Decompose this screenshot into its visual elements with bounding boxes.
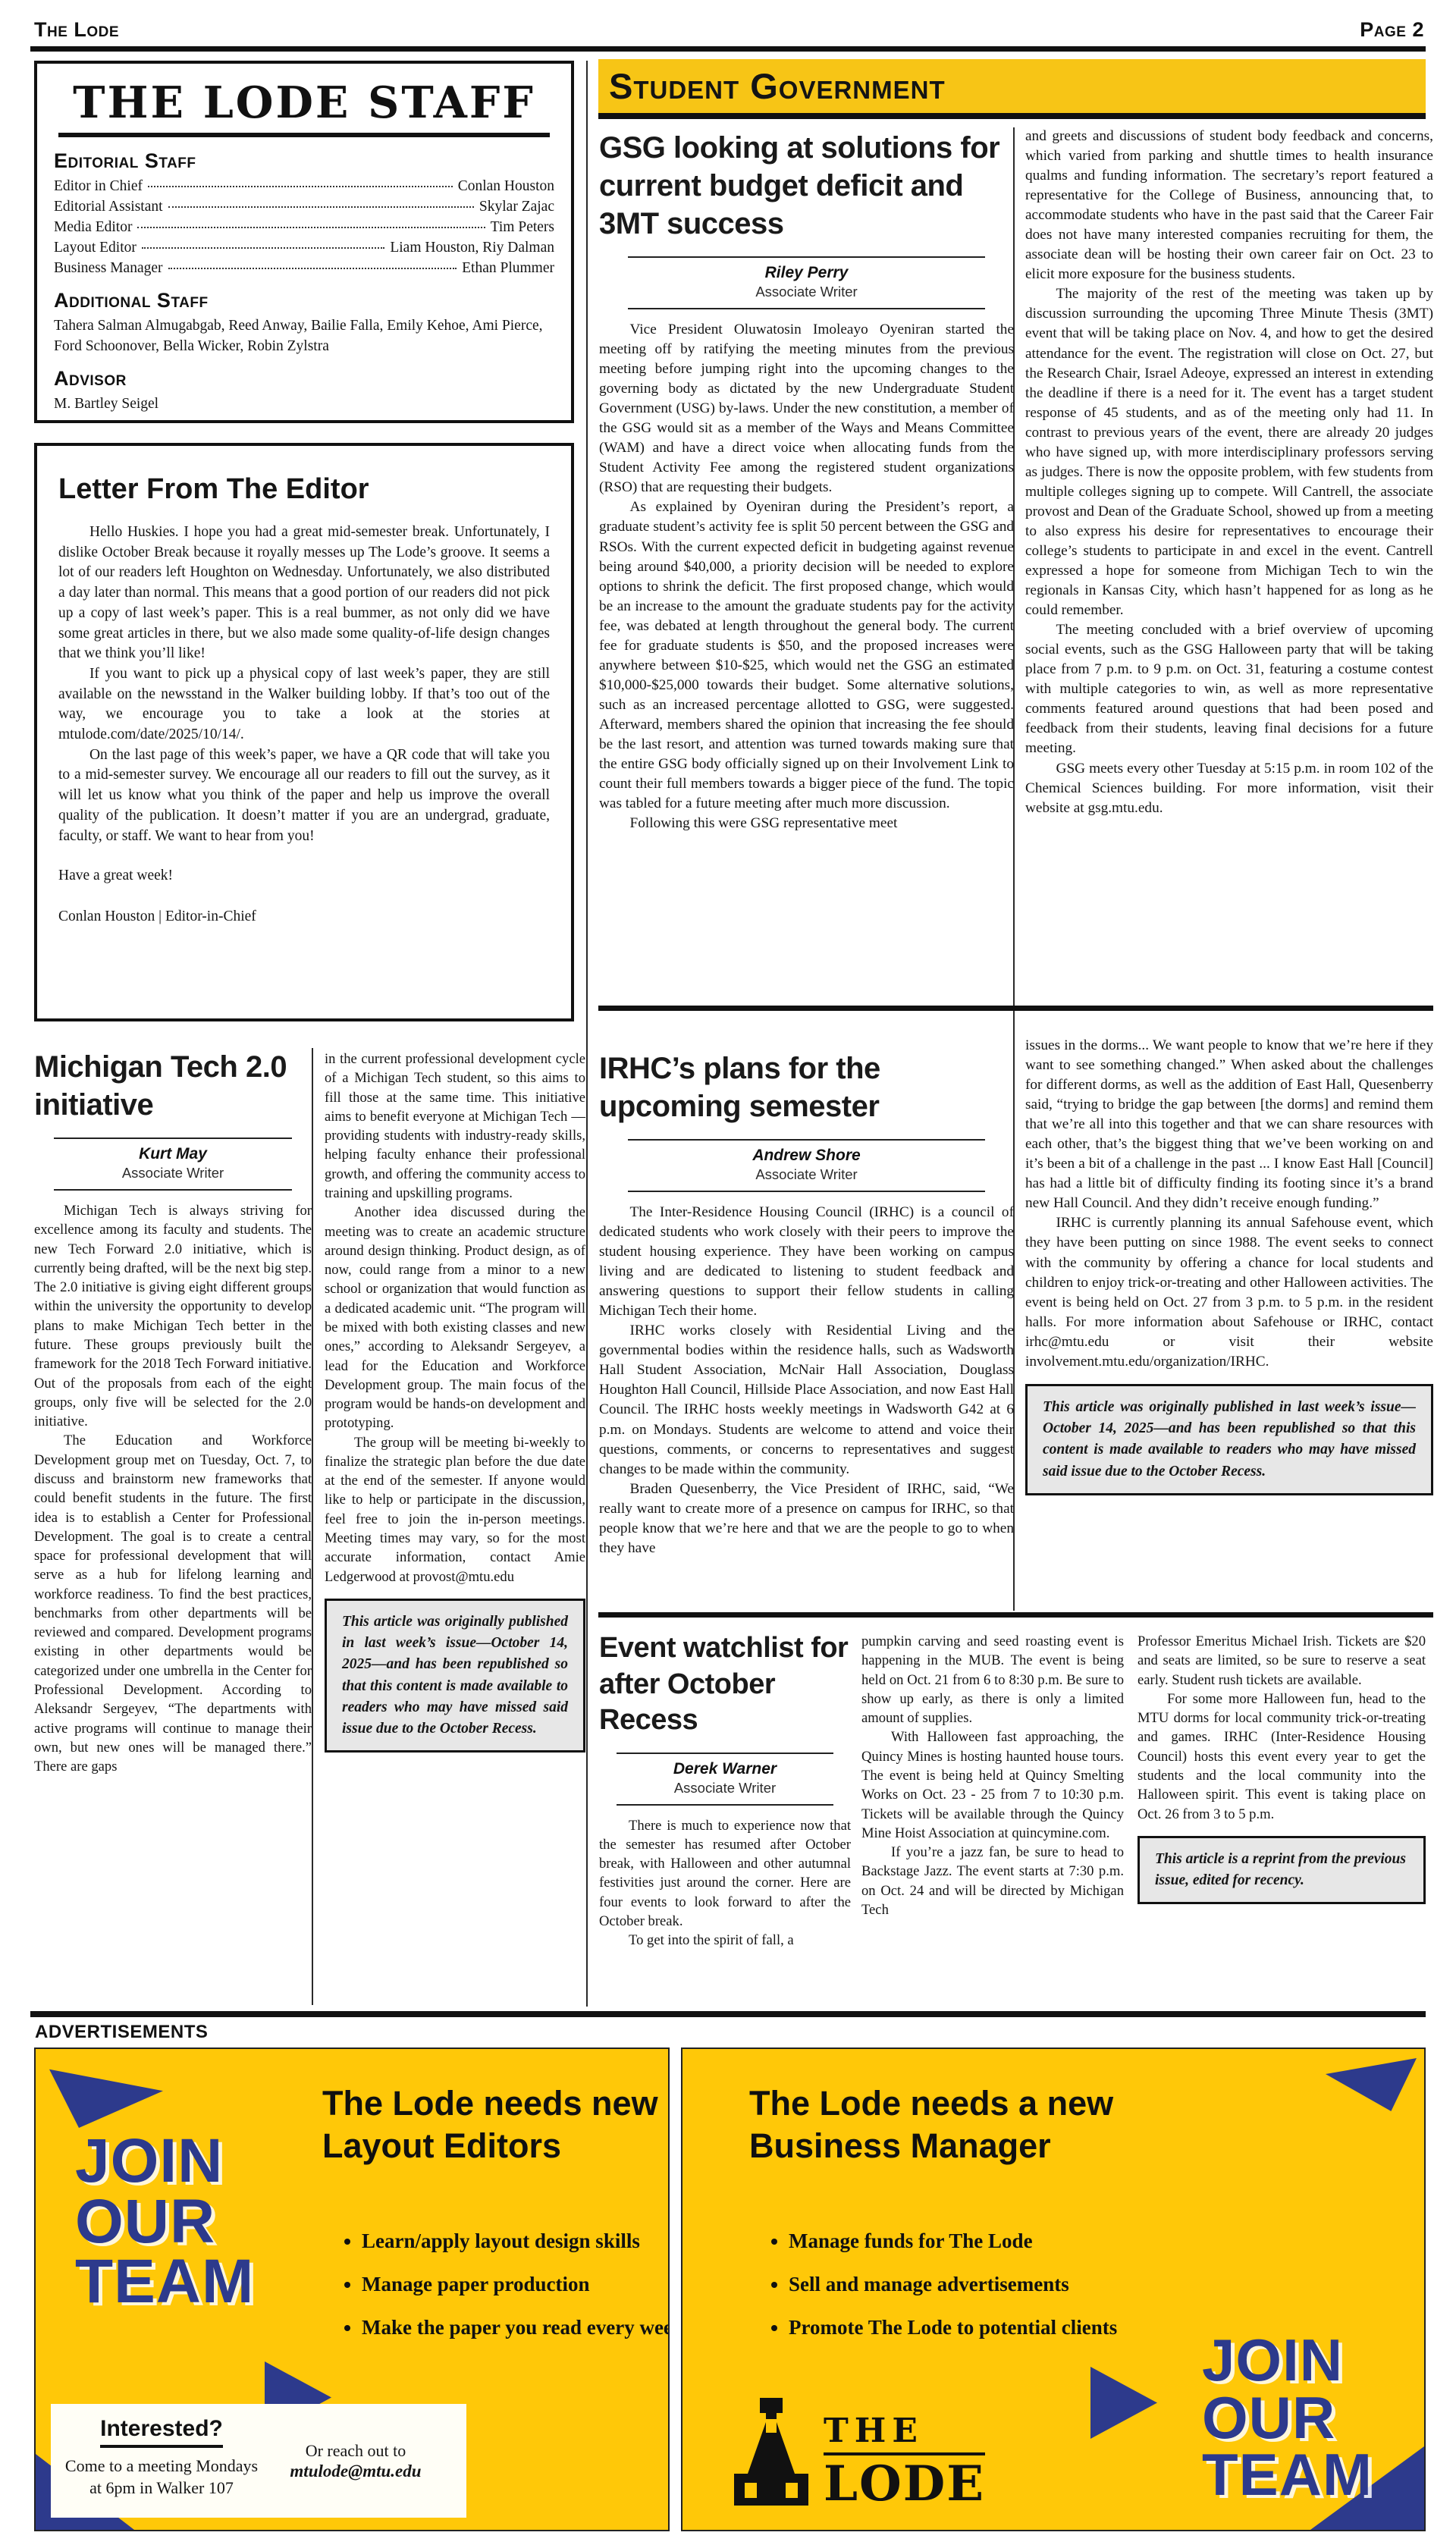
paragraph: The Education and Workforce Development … [34, 1431, 312, 1776]
advertisements-label: ADVERTISEMENTS [35, 2022, 208, 2043]
byline-author: Riley Perry [628, 264, 984, 282]
gsg-column-1: Vice President Oluwatosin Imoleayo Oyeni… [599, 320, 1014, 833]
join-our-team-text: JOIN OUR TEAM [1202, 2332, 1373, 2504]
paragraph: If you’re a jazz fan, be sure to head to… [861, 1843, 1124, 1919]
paragraph: Michigan Tech is always striving for exc… [34, 1201, 312, 1431]
gsg-byline: Riley Perry Associate Writer [628, 256, 984, 309]
paragraph: There is much to experience now that the… [599, 1816, 851, 1931]
gsg-column-2: and greets and discussions of student bo… [1025, 127, 1433, 818]
article-event-watchlist: Event watchlist for after October Recess… [599, 1630, 851, 1950]
byline-role: Associate Writer [628, 284, 984, 300]
mt-byline: Kurt May Associate Writer [54, 1137, 293, 1191]
masthead-title: The Lode [34, 18, 119, 42]
irhc-headline: IRHC’s plans for the upcoming semester [599, 1050, 1014, 1125]
staff-row: Editor in ChiefConlan Houston [54, 176, 554, 196]
navy-banner-shape [1326, 2058, 1417, 2111]
dot-leader [148, 186, 453, 187]
paragraph: Make the paper you read every week [362, 2316, 670, 2339]
byline-author: Derek Warner [617, 1760, 833, 1778]
byline-role: Associate Writer [54, 1165, 293, 1181]
ad-layout-editors: JOIN OUR TEAM The Lode needs new Layout … [34, 2047, 670, 2531]
paragraph: Manage paper production [362, 2273, 670, 2296]
column-divider [586, 61, 588, 2007]
interested-right: Or reach out to mtulode@mtu.edu [259, 2416, 453, 2506]
paragraph: Another idea discussed during the meetin… [325, 1203, 585, 1432]
dot-leader [137, 227, 485, 228]
advisor-heading: Advisor [54, 367, 554, 391]
paragraph: in the current professional development … [325, 1050, 585, 1203]
staff-title-rule [58, 133, 550, 137]
section-banner-label: Student Government [598, 65, 946, 107]
mt-headline: Michigan Tech 2.0 initiative [34, 1048, 312, 1124]
byline-author: Andrew Shore [628, 1147, 984, 1165]
article-michigan-tech: Michigan Tech 2.0 initiative Kurt May As… [34, 1048, 312, 1776]
gsg-headline: GSG looking at solutions for current bud… [599, 129, 1014, 243]
ads-divider-rule [30, 2011, 1426, 2017]
navy-banner-shape [49, 2064, 163, 2128]
paragraph: For some more Halloween fun, head to the… [1137, 1690, 1426, 1824]
paragraph: Hello Huskies. I hope you had a great mi… [58, 522, 550, 664]
paragraph: Braden Quesenberry, the Vice President o… [599, 1480, 1014, 1558]
event-column-3-wrap: Professor Emeritus Michael Irish. Ticket… [1137, 1632, 1426, 1904]
paragraph: IRHC is currently planning its annual Sa… [1025, 1213, 1433, 1371]
section-divider-rule [598, 1612, 1433, 1618]
event-byline: Derek Warner Associate Writer [617, 1753, 833, 1806]
paragraph: As explained by Oyeniran during the Pres… [599, 497, 1014, 814]
irhc-column-1: The Inter-Residence Housing Council (IRH… [599, 1203, 1014, 1558]
staff-box: THE LODE STAFF Editorial Staff Editor in… [34, 61, 574, 423]
paragraph: If you want to pick up a physical copy o… [58, 664, 550, 745]
paragraph: Learn/apply layout design skills [362, 2229, 670, 2253]
event-column-1: There is much to experience now that the… [599, 1816, 851, 1950]
dot-leader [168, 268, 457, 269]
paragraph: The majority of the rest of the meeting … [1025, 284, 1433, 620]
paragraph: On the last page of this week’s paper, w… [58, 745, 550, 847]
column-divider [312, 1048, 313, 2005]
event-column-3: Professor Emeritus Michael Irish. Ticket… [1137, 1632, 1426, 1824]
section-banner: Student Government [598, 59, 1426, 113]
reach-out-label: Or reach out to [259, 2440, 453, 2462]
editorial-staff-heading: Editorial Staff [54, 149, 554, 173]
newspaper-page: The Lode Page 2 THE LODE STAFF Editorial… [0, 0, 1456, 2548]
interested-left: Interested? Come to a meeting Mondays at… [64, 2416, 259, 2506]
lode-shafthouse-icon [730, 2395, 813, 2509]
staff-row: Editorial AssistantSkylar Zajac [54, 196, 554, 217]
lode-logo: THE LODE [730, 2395, 985, 2509]
paragraph: The meeting concluded with a brief overv… [1025, 620, 1433, 758]
paragraph: To get into the spirit of fall, a [599, 1931, 851, 1950]
letter-body: Hello Huskies. I hope you had a great mi… [58, 522, 550, 846]
paragraph: Promote The Lode to potential clients [789, 2316, 1213, 2339]
masthead-rule [30, 46, 1426, 52]
byline-author: Kurt May [54, 1145, 293, 1163]
paragraph: and greets and discussions of student bo… [1025, 127, 1433, 284]
paragraph: pumpkin carving and seed roasting event … [861, 1632, 1124, 1727]
additional-staff-names: Tahera Salman Almugabgab, Reed Anway, Ba… [54, 315, 554, 356]
ad-business-manager: The Lode needs a new Business Manager Ma… [681, 2047, 1426, 2531]
irhc-republish-note: This article was originally published in… [1025, 1384, 1433, 1495]
paragraph: Following this were GSG representative m… [599, 814, 1014, 833]
mt-column-2-wrap: in the current professional development … [325, 1050, 585, 1753]
staff-row: Layout EditorLiam Houston, Riy Dalman [54, 237, 554, 258]
byline-role: Associate Writer [628, 1166, 984, 1183]
interested-meeting-text: Come to a meeting Mondays at 6pm in Walk… [64, 2455, 259, 2499]
paragraph: Manage funds for The Lode [789, 2229, 1213, 2253]
paragraph: IRHC works closely with Residential Livi… [599, 1321, 1014, 1479]
paragraph: Vice President Oluwatosin Imoleayo Oyeni… [599, 320, 1014, 497]
letter-title: Letter From The Editor [58, 473, 550, 506]
paragraph: With Halloween fast approaching, the Qui… [861, 1727, 1124, 1843]
staff-row: Media EditorTim Peters [54, 217, 554, 237]
join-our-team-text: JOIN OUR TEAM [75, 2131, 254, 2312]
letter-closing: Have a great week! [58, 868, 550, 884]
lode-logo-text: THE LODE [824, 2415, 985, 2509]
page-number: Page 2 [1360, 18, 1424, 42]
interested-heading: Interested? [100, 2416, 223, 2448]
staff-box-title: THE LODE STAFF [54, 77, 554, 128]
paragraph: issues in the dorms... We want people to… [1025, 1036, 1433, 1213]
ad-right-title: The Lode needs a new Business Manager [749, 2082, 1189, 2168]
paragraph: Professor Emeritus Michael Irish. Ticket… [1137, 1632, 1426, 1690]
contact-email: mtulode@mtu.edu [259, 2462, 453, 2481]
paragraph: The group will be meeting bi-weekly to f… [325, 1433, 585, 1586]
staff-row: Business ManagerEthan Plummer [54, 258, 554, 278]
mt-republish-note: This article was originally published in… [325, 1599, 585, 1753]
irhc-column-2-wrap: issues in the dorms... We want people to… [1025, 1036, 1433, 1495]
interested-box: Interested? Come to a meeting Mondays at… [51, 2404, 466, 2518]
navy-chevron-shape [1090, 2367, 1157, 2439]
additional-staff-heading: Additional Staff [54, 289, 554, 312]
section-banner-rule [598, 113, 1426, 119]
ad-right-bullets: Manage funds for The LodeSell and manage… [767, 2229, 1213, 2359]
paragraph: GSG meets every other Tuesday at 5:15 p.… [1025, 759, 1433, 818]
dot-leader [168, 206, 474, 208]
mt-column-1: Michigan Tech is always striving for exc… [34, 1201, 312, 1776]
mt-column-2: in the current professional development … [325, 1050, 585, 1586]
ad-left-bullets: Learn/apply layout design skillsManage p… [340, 2229, 670, 2359]
irhc-column-2: issues in the dorms... We want people to… [1025, 1036, 1433, 1372]
ad-left-title: The Lode needs new Layout Editors [322, 2082, 664, 2168]
dot-leader [142, 247, 384, 249]
article-gsg: GSG looking at solutions for current bud… [599, 129, 1014, 833]
section-divider-rule [598, 1006, 1433, 1011]
event-reprint-note: This article is a reprint from the previ… [1137, 1836, 1426, 1905]
byline-role: Associate Writer [617, 1780, 833, 1796]
letter-from-editor-box: Letter From The Editor Hello Huskies. I … [34, 443, 574, 1021]
event-headline: Event watchlist for after October Recess [599, 1630, 851, 1739]
paragraph: The Inter-Residence Housing Council (IRH… [599, 1203, 1014, 1321]
advisor-name: M. Bartley Seigel [54, 394, 554, 414]
letter-signature: Conlan Houston | Editor-in-Chief [58, 908, 550, 925]
irhc-byline: Andrew Shore Associate Writer [628, 1139, 984, 1192]
article-irhc: IRHC’s plans for the upcoming semester A… [599, 1050, 1014, 1558]
paragraph: Sell and manage advertisements [789, 2273, 1213, 2296]
event-column-2: pumpkin carving and seed roasting event … [861, 1632, 1124, 1919]
